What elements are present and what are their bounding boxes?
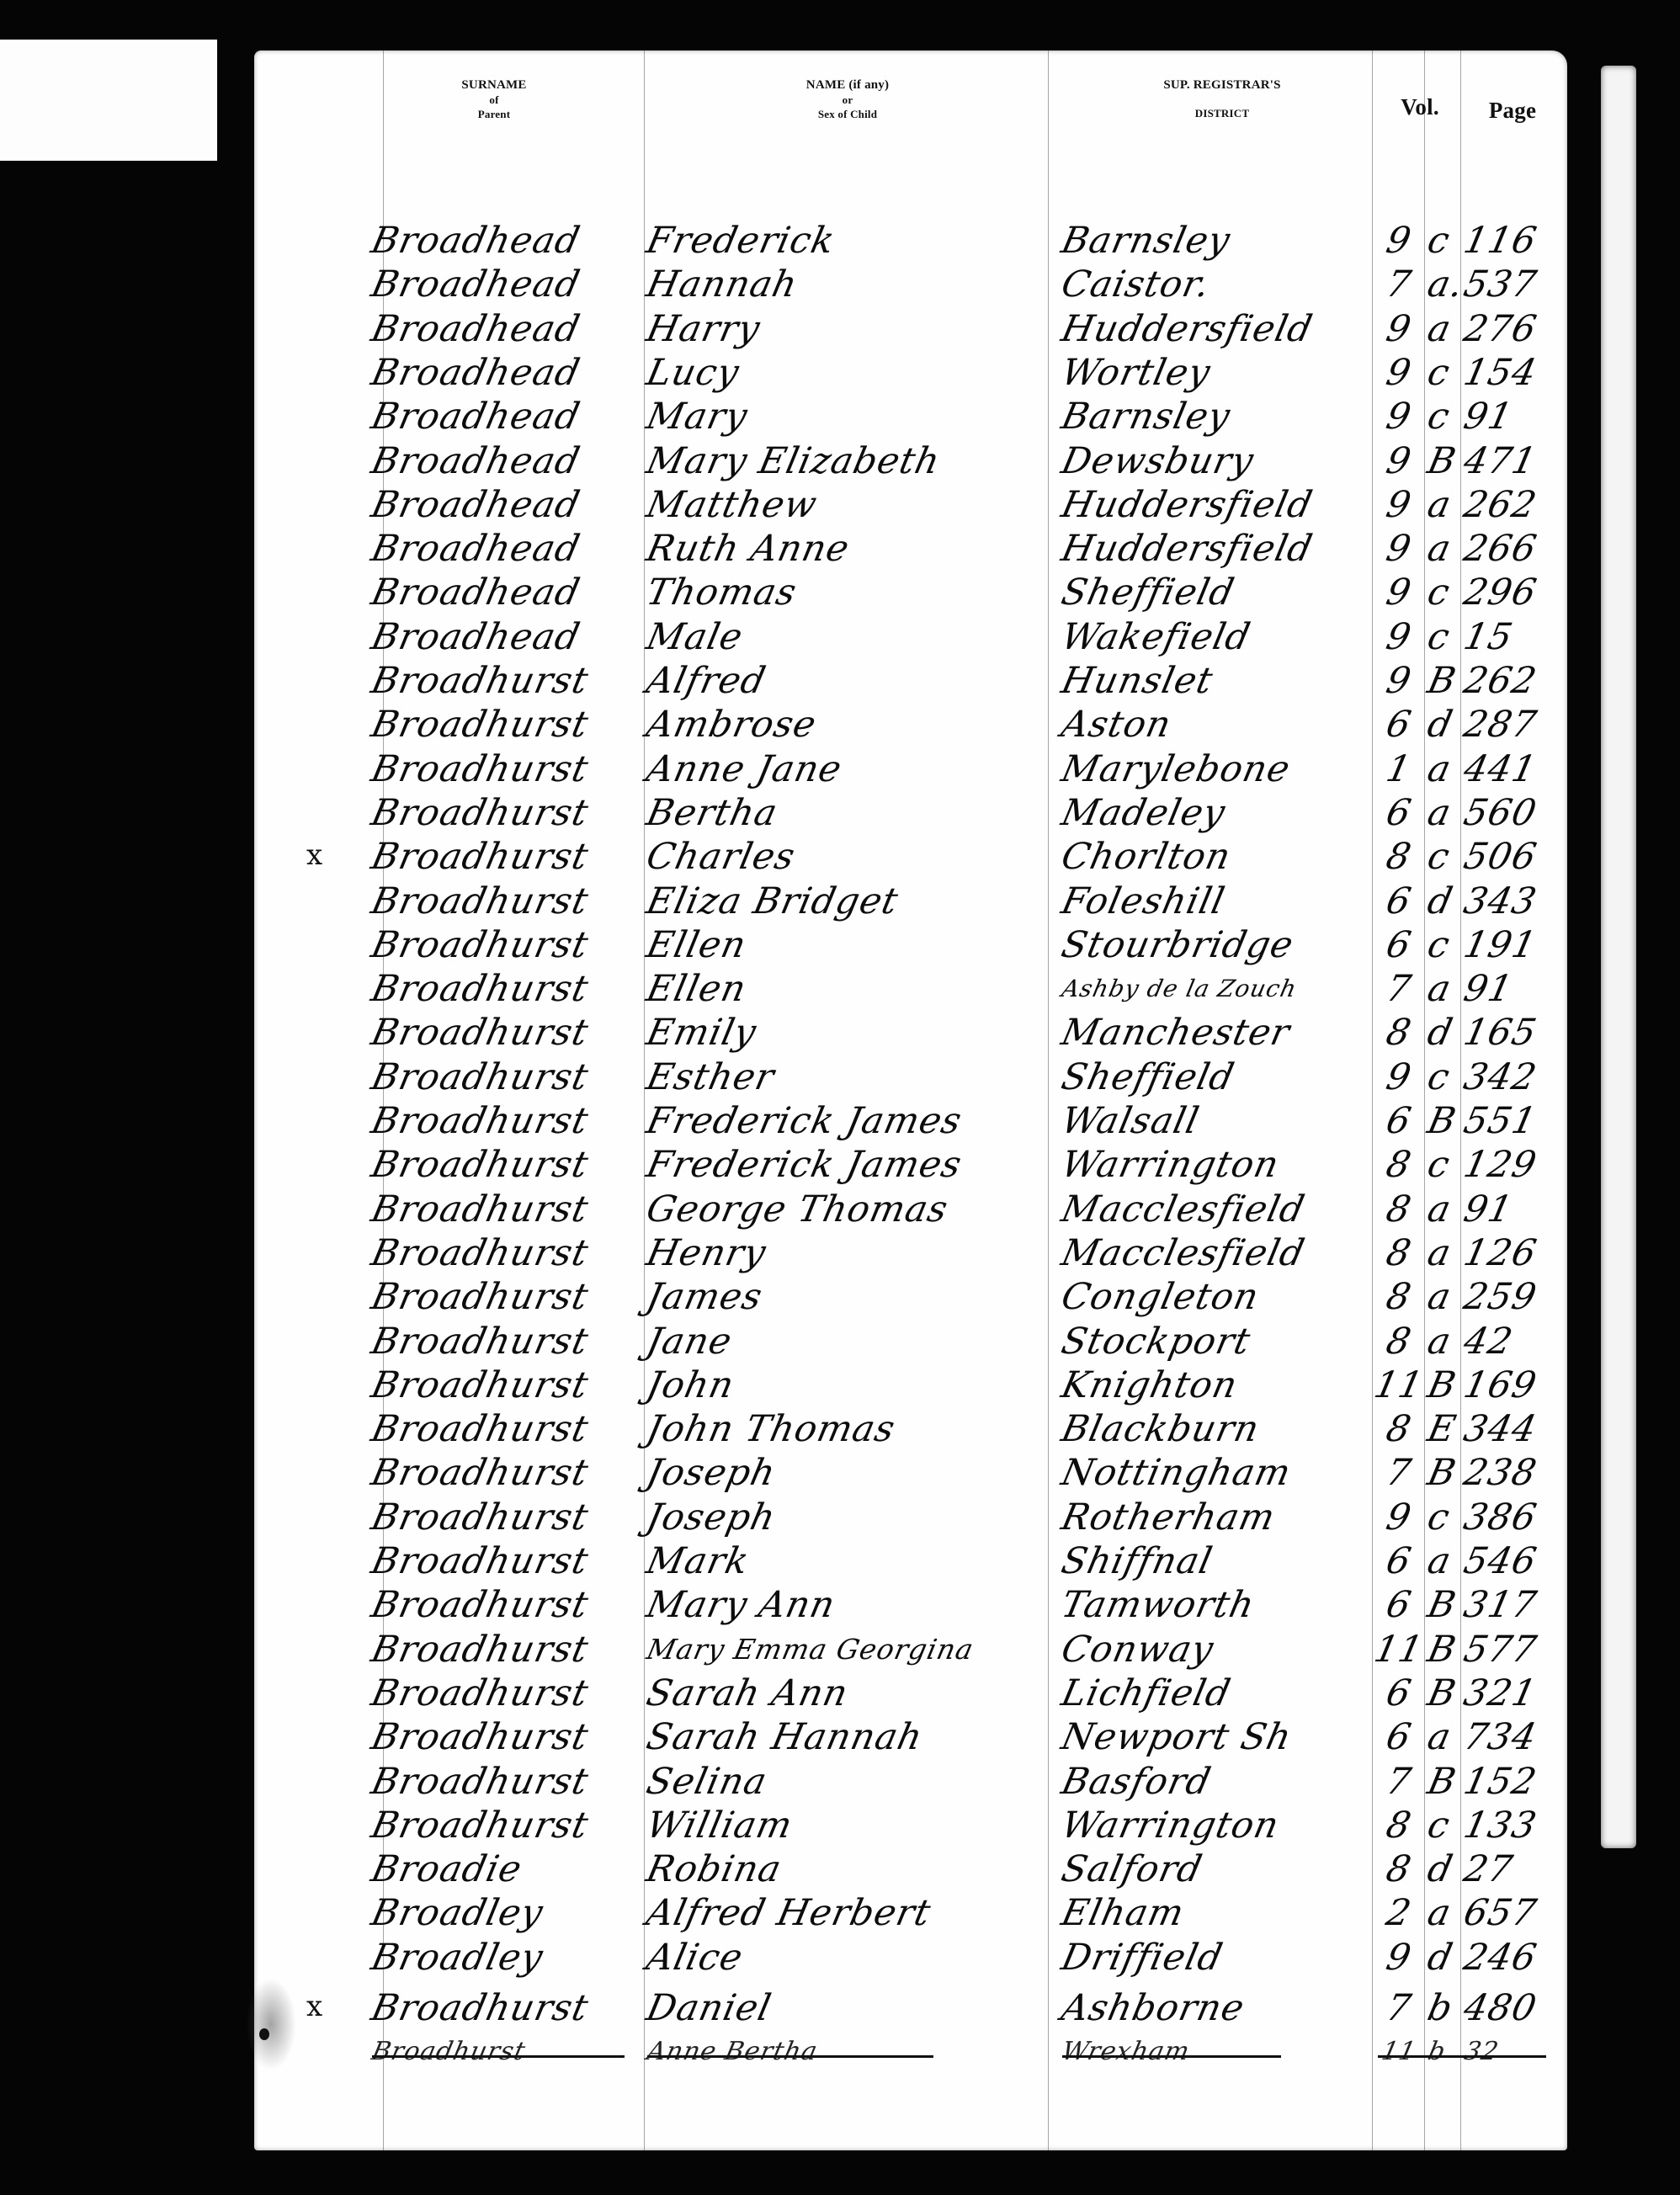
page-number-cell: 577 bbox=[1459, 1628, 1561, 1671]
volume-letter-cell: c bbox=[1423, 219, 1466, 263]
surname-cell: Broadley bbox=[367, 1891, 547, 1935]
child-name-cell: Alice bbox=[642, 1936, 747, 1980]
child-name-cell: Thomas bbox=[642, 571, 800, 614]
child-name-cell: Hannah bbox=[642, 263, 801, 306]
ink-dot bbox=[259, 2028, 269, 2040]
page-number-cell: 386 bbox=[1459, 1496, 1561, 1539]
district-cell: Walsall bbox=[1057, 1099, 1203, 1143]
district-cell: Barnsley bbox=[1057, 219, 1234, 263]
surname-cell: Broadhurst bbox=[367, 1011, 593, 1055]
district-cell: Hunslet bbox=[1057, 659, 1216, 703]
page-number-cell: 734 bbox=[1459, 1715, 1561, 1759]
volume-letter-cell: c bbox=[1423, 1055, 1466, 1099]
page-number-cell: 296 bbox=[1459, 571, 1561, 614]
page-number-cell: 126 bbox=[1459, 1231, 1561, 1275]
strike-through-line bbox=[647, 2055, 933, 2058]
district-cell: Elham bbox=[1057, 1891, 1188, 1935]
surname-cell: Broadhurst bbox=[367, 1671, 593, 1715]
district-cell: Nottingham bbox=[1057, 1451, 1295, 1495]
child-name-cell: Frederick bbox=[642, 219, 838, 263]
district-cell: Barnsley bbox=[1057, 395, 1234, 438]
table-row: BroadhurstEstherSheffield9c342 bbox=[254, 1055, 1567, 1099]
table-row: BroadhurstJohn ThomasBlackburn8E344 bbox=[254, 1407, 1567, 1451]
register-page: SURNAME of Parent NAME (if any) or Sex o… bbox=[254, 50, 1567, 2150]
surname-cell: Broadley bbox=[367, 1936, 547, 1980]
volume-cell: 9 bbox=[1369, 1936, 1428, 1980]
child-name-cell: Ruth Anne bbox=[642, 527, 853, 571]
page-number-cell: 262 bbox=[1459, 483, 1561, 527]
table-row: BroadheadLucyWortley9c154 bbox=[254, 351, 1567, 395]
page-number-cell: 262 bbox=[1459, 659, 1561, 703]
surname-cell: Broadhead bbox=[367, 263, 584, 306]
page-number-cell: 91 bbox=[1459, 395, 1561, 438]
volume-letter-cell: a bbox=[1423, 1539, 1466, 1583]
district-cell: Huddersfield bbox=[1057, 527, 1316, 571]
volume-cell: 9 bbox=[1369, 615, 1428, 659]
child-name-cell: Mary Elizabeth bbox=[642, 439, 944, 483]
district-cell: Knighton bbox=[1057, 1363, 1241, 1407]
district-cell: Madeley bbox=[1057, 791, 1229, 835]
table-row: BroadheadFrederickBarnsley9c116 bbox=[254, 219, 1567, 263]
district-cell: Wortley bbox=[1057, 351, 1215, 395]
child-name-cell: Ambrose bbox=[642, 703, 820, 747]
volume-letter-cell: E bbox=[1423, 1407, 1466, 1451]
surname-cell: Broadhurst bbox=[367, 923, 593, 967]
volume-cell: 11 bbox=[1369, 1628, 1428, 1671]
surname-cell: Broadhurst bbox=[367, 1451, 593, 1495]
page-number-cell: 287 bbox=[1459, 703, 1561, 747]
table-row: BroadleyAliceDriffield9d246 bbox=[254, 1936, 1567, 1980]
child-name-cell: Selina bbox=[642, 1760, 771, 1804]
table-row: BroadhurstWilliamWarrington8c133 bbox=[254, 1804, 1567, 1847]
district-cell: Ashby de la Zouch bbox=[1057, 967, 1300, 1011]
volume-letter-cell: c bbox=[1423, 615, 1466, 659]
surname-cell: Broadhead bbox=[367, 483, 584, 527]
district-cell: Sheffield bbox=[1057, 1055, 1238, 1099]
surname-cell: Broadhead bbox=[367, 615, 584, 659]
volume-cell: 9 bbox=[1369, 219, 1428, 263]
table-row: BroadheadMaleWakefield9c15 bbox=[254, 615, 1567, 659]
child-name-cell: Anne Bertha bbox=[642, 2030, 821, 2074]
page-number-cell: 91 bbox=[1459, 1188, 1561, 1231]
district-cell: Stourbridge bbox=[1057, 923, 1297, 967]
table-row: BroadhurstAnne BerthaWrexham11b32 bbox=[254, 2030, 1567, 2074]
ink-smudge bbox=[246, 1978, 296, 2070]
volume-letter-cell: c bbox=[1423, 395, 1466, 438]
volume-cell: 11 bbox=[1369, 1363, 1428, 1407]
table-row: xBroadhurstDanielAshborne7b480 bbox=[254, 1986, 1567, 2030]
page-number-cell: 133 bbox=[1459, 1804, 1561, 1847]
surname-cell: Broadhurst bbox=[367, 747, 593, 791]
child-name-cell: Charles bbox=[642, 835, 799, 879]
page-number-cell: 266 bbox=[1459, 527, 1561, 571]
table-row: BroadheadThomasSheffield9c296 bbox=[254, 571, 1567, 614]
surname-cell: Broadhead bbox=[367, 307, 584, 351]
district-cell: Stockport bbox=[1057, 1320, 1254, 1363]
volume-letter-cell: d bbox=[1423, 880, 1466, 923]
table-row: xBroadhurstCharlesChorlton8c506 bbox=[254, 835, 1567, 879]
surname-cell: Broadhurst bbox=[367, 1275, 593, 1319]
child-name-cell: Mary Ann bbox=[642, 1583, 839, 1627]
volume-cell: 9 bbox=[1369, 571, 1428, 614]
surname-cell: Broadhurst bbox=[367, 880, 593, 923]
header-surname-line2: of bbox=[444, 93, 545, 107]
child-name-cell: Mary Emma Georgina bbox=[642, 1628, 977, 1671]
volume-cell: 6 bbox=[1369, 703, 1428, 747]
volume-cell: 9 bbox=[1369, 1496, 1428, 1539]
table-row: BroadhurstFrederick JamesWalsall6B551 bbox=[254, 1099, 1567, 1143]
table-row: BroadhurstSelinaBasford7B152 bbox=[254, 1760, 1567, 1804]
district-cell: Huddersfield bbox=[1057, 483, 1316, 527]
table-row: BroadieRobinaSalford8d27 bbox=[254, 1847, 1567, 1891]
district-cell: Basford bbox=[1057, 1760, 1215, 1804]
child-name-cell: Mark bbox=[642, 1539, 752, 1583]
margin-mark: x bbox=[306, 1990, 322, 2023]
table-row: BroadhurstMarkShiffnal6a546 bbox=[254, 1539, 1567, 1583]
district-cell: Caistor. bbox=[1057, 263, 1214, 306]
child-name-cell: Eliza Bridget bbox=[642, 880, 902, 923]
surname-cell: Broadhead bbox=[367, 351, 584, 395]
district-cell: Huddersfield bbox=[1057, 307, 1316, 351]
page-number-cell: 342 bbox=[1459, 1055, 1561, 1099]
table-row: BroadhurstAnne JaneMarylebone1a441 bbox=[254, 747, 1567, 791]
volume-letter-cell: a bbox=[1423, 307, 1466, 351]
surname-cell: Broadhurst bbox=[367, 703, 593, 747]
child-name-cell: James bbox=[642, 1275, 766, 1319]
table-row: BroadhurstJohnKnighton11B169 bbox=[254, 1363, 1567, 1407]
child-name-cell: Male bbox=[642, 615, 747, 659]
district-cell: Wakefield bbox=[1057, 615, 1254, 659]
volume-letter-cell: a bbox=[1423, 1320, 1466, 1363]
volume-cell: 6 bbox=[1369, 923, 1428, 967]
volume-cell: 8 bbox=[1369, 1275, 1428, 1319]
volume-letter-cell: d bbox=[1423, 1847, 1466, 1891]
surname-cell: Broadhurst bbox=[367, 1407, 593, 1451]
page-number-cell: 32 bbox=[1459, 2030, 1561, 2074]
volume-letter-cell: c bbox=[1423, 835, 1466, 879]
district-cell: Salford bbox=[1057, 1847, 1206, 1891]
volume-cell: 2 bbox=[1369, 1891, 1428, 1935]
child-name-cell: Joseph bbox=[642, 1451, 779, 1495]
volume-cell: 9 bbox=[1369, 351, 1428, 395]
surname-cell: Broadhurst bbox=[367, 1715, 593, 1759]
child-name-cell: Ellen bbox=[642, 923, 750, 967]
surname-cell: Broadhead bbox=[367, 219, 584, 263]
header-name: NAME (if any) or Sex of Child bbox=[772, 78, 923, 121]
header-surname: SURNAME of Parent bbox=[444, 78, 545, 121]
volume-letter-cell: a bbox=[1423, 1275, 1466, 1319]
header-district: SUP. REGISTRAR'S DISTRICT bbox=[1130, 78, 1315, 120]
surname-cell: Broadhurst bbox=[367, 1804, 593, 1847]
table-row: BroadheadMatthewHuddersfield9a262 bbox=[254, 483, 1567, 527]
volume-cell: 6 bbox=[1369, 880, 1428, 923]
volume-cell: 6 bbox=[1369, 1583, 1428, 1627]
header-surname-line3: Parent bbox=[444, 107, 545, 121]
page-number-cell: 91 bbox=[1459, 967, 1561, 1011]
district-cell: Marylebone bbox=[1057, 747, 1294, 791]
volume-cell: 7 bbox=[1369, 1760, 1428, 1804]
district-cell: Newport Sh bbox=[1057, 1715, 1295, 1759]
child-name-cell: Matthew bbox=[642, 483, 821, 527]
volume-cell: 8 bbox=[1369, 1320, 1428, 1363]
volume-letter-cell: c bbox=[1423, 1804, 1466, 1847]
child-name-cell: Jane bbox=[642, 1320, 736, 1363]
page-number-cell: 480 bbox=[1459, 1986, 1561, 2030]
child-name-cell: John bbox=[642, 1363, 738, 1407]
volume-cell: 9 bbox=[1369, 527, 1428, 571]
child-name-cell: Daniel bbox=[642, 1986, 775, 2030]
page-number-cell: 551 bbox=[1459, 1099, 1561, 1143]
volume-cell: 7 bbox=[1369, 263, 1428, 306]
surname-cell: Broadhead bbox=[367, 395, 584, 438]
child-name-cell: Frederick James bbox=[642, 1143, 965, 1187]
volume-letter-cell: B bbox=[1423, 1628, 1466, 1671]
surname-cell: Broadhurst bbox=[367, 1231, 593, 1275]
child-name-cell: Robina bbox=[642, 1847, 785, 1891]
volume-cell: 8 bbox=[1369, 1011, 1428, 1055]
page-number-cell: 321 bbox=[1459, 1671, 1561, 1715]
scan-right-strip bbox=[1601, 66, 1636, 1848]
volume-letter-cell: a bbox=[1423, 527, 1466, 571]
volume-cell: 9 bbox=[1369, 1055, 1428, 1099]
surname-cell: Broadhurst bbox=[367, 1143, 593, 1187]
surname-cell: Broadhurst bbox=[367, 1363, 593, 1407]
volume-cell: 9 bbox=[1369, 395, 1428, 438]
child-name-cell: Sarah Hannah bbox=[642, 1715, 927, 1759]
child-name-cell: Anne Jane bbox=[642, 747, 846, 791]
table-row: BroadhurstBerthaMadeley6a560 bbox=[254, 791, 1567, 835]
surname-cell: Broadhurst bbox=[367, 1055, 593, 1099]
district-cell: Macclesfield bbox=[1057, 1231, 1309, 1275]
table-row: BroadheadRuth AnneHuddersfield9a266 bbox=[254, 527, 1567, 571]
surname-cell: Broadhurst bbox=[367, 791, 593, 835]
child-name-cell: Frederick James bbox=[642, 1099, 965, 1143]
district-cell: Lichfield bbox=[1057, 1671, 1235, 1715]
table-row: BroadhurstMary Emma GeorginaConway11B577 bbox=[254, 1628, 1567, 1671]
volume-cell: 8 bbox=[1369, 1847, 1428, 1891]
page-number-cell: 441 bbox=[1459, 747, 1561, 791]
page-number-cell: 506 bbox=[1459, 835, 1561, 879]
page-number-cell: 344 bbox=[1459, 1407, 1561, 1451]
header-page: Page bbox=[1475, 98, 1550, 123]
surname-cell: Broadhurst bbox=[367, 659, 593, 703]
page-number-cell: 129 bbox=[1459, 1143, 1561, 1187]
volume-cell: 8 bbox=[1369, 1231, 1428, 1275]
volume-cell: 7 bbox=[1369, 1451, 1428, 1495]
volume-letter-cell: B bbox=[1423, 659, 1466, 703]
header-surname-line1: SURNAME bbox=[461, 78, 526, 92]
page-number-cell: 317 bbox=[1459, 1583, 1561, 1627]
volume-letter-cell: c bbox=[1423, 923, 1466, 967]
volume-letter-cell: B bbox=[1423, 439, 1466, 483]
volume-cell: 8 bbox=[1369, 1143, 1428, 1187]
table-row: BroadheadHarryHuddersfield9a276 bbox=[254, 307, 1567, 351]
surname-cell: Broadhurst bbox=[367, 835, 593, 879]
child-name-cell: Lucy bbox=[642, 351, 743, 395]
volume-letter-cell: B bbox=[1423, 1099, 1466, 1143]
volume-letter-cell: c bbox=[1423, 1496, 1466, 1539]
table-row: BroadhurstMary AnnTamworth6B317 bbox=[254, 1583, 1567, 1627]
table-row: BroadhurstSarah HannahNewport Sh6a734 bbox=[254, 1715, 1567, 1759]
page-number-cell: 191 bbox=[1459, 923, 1561, 967]
table-row: BroadheadMary ElizabethDewsbury9B471 bbox=[254, 439, 1567, 483]
surname-cell: Broadhead bbox=[367, 527, 584, 571]
surname-cell: Broadhead bbox=[367, 439, 584, 483]
volume-cell: 6 bbox=[1369, 1539, 1428, 1583]
volume-letter-cell: B bbox=[1423, 1760, 1466, 1804]
surname-cell: Broadhurst bbox=[367, 967, 593, 1011]
surname-cell: Broadhurst bbox=[367, 1099, 593, 1143]
volume-cell: 8 bbox=[1369, 835, 1428, 879]
page-number-cell: 546 bbox=[1459, 1539, 1561, 1583]
volume-cell: 1 bbox=[1369, 747, 1428, 791]
page-number-cell: 169 bbox=[1459, 1363, 1561, 1407]
surname-cell: Broadhurst bbox=[367, 2030, 529, 2074]
child-name-cell: George Thomas bbox=[642, 1188, 952, 1231]
surname-cell: Broadhurst bbox=[367, 1760, 593, 1804]
district-cell: Shiffnal bbox=[1057, 1539, 1216, 1583]
child-name-cell: Alfred Herbert bbox=[642, 1891, 934, 1935]
volume-letter-cell: b bbox=[1423, 1986, 1466, 2030]
district-cell: Warrington bbox=[1057, 1804, 1283, 1847]
page-number-cell: 276 bbox=[1459, 307, 1561, 351]
page-number-cell: 246 bbox=[1459, 1936, 1561, 1980]
strike-through-line bbox=[1378, 2055, 1546, 2058]
header-vol: Vol. bbox=[1386, 94, 1454, 120]
volume-cell: 11 bbox=[1369, 2030, 1428, 2074]
volume-letter-cell: a bbox=[1423, 1715, 1466, 1759]
table-row: BroadhurstJamesCongleton8a259 bbox=[254, 1275, 1567, 1319]
table-row: BroadheadHannahCaistor.7a.537 bbox=[254, 263, 1567, 306]
page-number-cell: 537 bbox=[1459, 263, 1561, 306]
table-row: BroadhurstHenryMacclesfield8a126 bbox=[254, 1231, 1567, 1275]
child-name-cell: Esther bbox=[642, 1055, 778, 1099]
child-name-cell: Bertha bbox=[642, 791, 781, 835]
header-name-line2: or bbox=[772, 93, 923, 107]
surname-cell: Broadhurst bbox=[367, 1496, 593, 1539]
child-name-cell: Mary bbox=[642, 395, 752, 438]
volume-cell: 8 bbox=[1369, 1188, 1428, 1231]
table-row: BroadhurstJaneStockport8a42 bbox=[254, 1320, 1567, 1363]
child-name-cell: William bbox=[642, 1804, 796, 1847]
district-cell: Foleshill bbox=[1057, 880, 1229, 923]
header-district-line1: SUP. REGISTRAR'S bbox=[1163, 78, 1280, 92]
table-row: BroadheadMaryBarnsley9c91 bbox=[254, 395, 1567, 438]
surname-cell: Broadhurst bbox=[367, 1320, 593, 1363]
volume-letter-cell: a bbox=[1423, 483, 1466, 527]
surname-cell: Broadhurst bbox=[367, 1583, 593, 1627]
volume-letter-cell: a bbox=[1423, 791, 1466, 835]
volume-letter-cell: d bbox=[1423, 1936, 1466, 1980]
page-number-cell: 152 bbox=[1459, 1760, 1561, 1804]
volume-cell: 9 bbox=[1369, 483, 1428, 527]
volume-letter-cell: B bbox=[1423, 1671, 1466, 1715]
margin-mark: x bbox=[306, 838, 322, 872]
district-cell: Wrexham bbox=[1057, 2030, 1194, 2074]
district-cell: Chorlton bbox=[1057, 835, 1235, 879]
header-name-line1: NAME (if any) bbox=[806, 78, 889, 92]
table-row: BroadhurstEliza BridgetFoleshill6d343 bbox=[254, 880, 1567, 923]
scan-left-strip bbox=[0, 40, 217, 161]
volume-letter-cell: a bbox=[1423, 1188, 1466, 1231]
district-cell: Ashborne bbox=[1057, 1986, 1248, 2030]
surname-cell: Broadhurst bbox=[367, 1188, 593, 1231]
district-cell: Congleton bbox=[1057, 1275, 1263, 1319]
district-cell: Sheffield bbox=[1057, 571, 1238, 614]
volume-letter-cell: a bbox=[1423, 1231, 1466, 1275]
volume-letter-cell: a bbox=[1423, 747, 1466, 791]
child-name-cell: Joseph bbox=[642, 1496, 779, 1539]
header-district-line2: DISTRICT bbox=[1130, 106, 1315, 120]
volume-cell: 7 bbox=[1369, 1986, 1428, 2030]
volume-cell: 6 bbox=[1369, 1671, 1428, 1715]
child-name-cell: Sarah Ann bbox=[642, 1671, 852, 1715]
surname-cell: Broadie bbox=[367, 1847, 525, 1891]
table-row: BroadhurstJosephRotherham9c386 bbox=[254, 1496, 1567, 1539]
child-name-cell: Emily bbox=[642, 1011, 760, 1055]
volume-letter-cell: c bbox=[1423, 351, 1466, 395]
page-number-cell: 154 bbox=[1459, 351, 1561, 395]
table-row: BroadhurstSarah AnnLichfield6B321 bbox=[254, 1671, 1567, 1715]
page-number-cell: 343 bbox=[1459, 880, 1561, 923]
strike-through-line bbox=[372, 2055, 625, 2058]
header-name-line3: Sex of Child bbox=[772, 107, 923, 121]
district-cell: Dewsbury bbox=[1057, 439, 1257, 483]
child-name-cell: Henry bbox=[642, 1231, 770, 1275]
table-row: BroadhurstAlfredHunslet9B262 bbox=[254, 659, 1567, 703]
surname-cell: Broadhead bbox=[367, 571, 584, 614]
page-number-cell: 471 bbox=[1459, 439, 1561, 483]
district-cell: Aston bbox=[1057, 703, 1175, 747]
district-cell: Tamworth bbox=[1057, 1583, 1258, 1627]
district-cell: Rotherham bbox=[1057, 1496, 1279, 1539]
table-row: BroadhurstGeorge ThomasMacclesfield8a91 bbox=[254, 1188, 1567, 1231]
volume-cell: 7 bbox=[1369, 967, 1428, 1011]
child-name-cell: Ellen bbox=[642, 967, 750, 1011]
page-number-cell: 259 bbox=[1459, 1275, 1561, 1319]
page-number-cell: 42 bbox=[1459, 1320, 1561, 1363]
page-number-cell: 657 bbox=[1459, 1891, 1561, 1935]
table-row: BroadhurstEllenAshby de la Zouch7a91 bbox=[254, 967, 1567, 1011]
page-number-cell: 116 bbox=[1459, 219, 1561, 263]
page-number-cell: 27 bbox=[1459, 1847, 1561, 1891]
table-row: BroadhurstFrederick JamesWarrington8c129 bbox=[254, 1143, 1567, 1187]
table-row: BroadhurstJosephNottingham7B238 bbox=[254, 1451, 1567, 1495]
table-row: BroadhurstEmilyManchester8d165 bbox=[254, 1011, 1567, 1055]
child-name-cell: Harry bbox=[642, 307, 764, 351]
page-number-cell: 15 bbox=[1459, 615, 1561, 659]
volume-cell: 6 bbox=[1369, 1715, 1428, 1759]
page-number-cell: 238 bbox=[1459, 1451, 1561, 1495]
table-row: BroadhurstEllenStourbridge6c191 bbox=[254, 923, 1567, 967]
district-cell: Macclesfield bbox=[1057, 1188, 1309, 1231]
volume-cell: 8 bbox=[1369, 1804, 1428, 1847]
strike-through-line bbox=[1062, 2055, 1281, 2058]
volume-letter-cell: B bbox=[1423, 1363, 1466, 1407]
page-number-cell: 560 bbox=[1459, 791, 1561, 835]
volume-letter-cell: a bbox=[1423, 967, 1466, 1011]
volume-cell: 8 bbox=[1369, 1407, 1428, 1451]
district-cell: Manchester bbox=[1057, 1011, 1294, 1055]
child-name-cell: Alfred bbox=[642, 659, 769, 703]
volume-cell: 9 bbox=[1369, 307, 1428, 351]
table-row: BroadleyAlfred HerbertElham2a657 bbox=[254, 1891, 1567, 1935]
surname-cell: Broadhurst bbox=[367, 1539, 593, 1583]
volume-cell: 9 bbox=[1369, 659, 1428, 703]
surname-cell: Broadhurst bbox=[367, 1628, 593, 1671]
page-number-cell: 165 bbox=[1459, 1011, 1561, 1055]
volume-cell: 6 bbox=[1369, 1099, 1428, 1143]
